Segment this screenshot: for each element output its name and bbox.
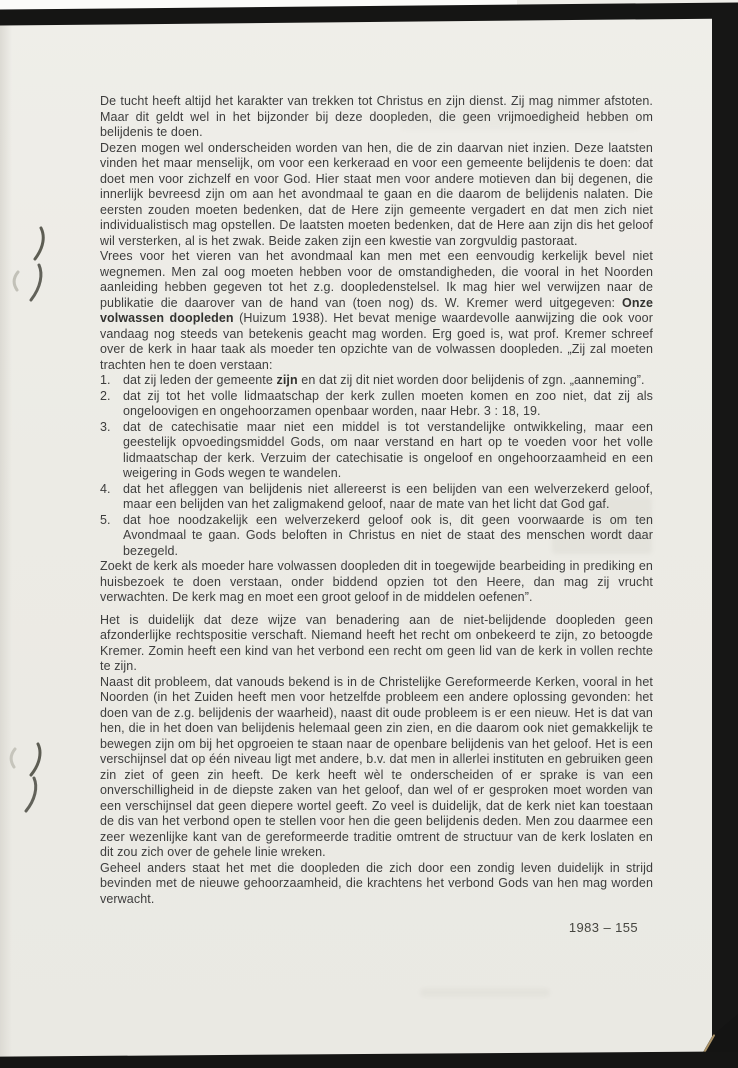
paragraph-1: De tucht heeft altijd het karakter van t… — [100, 94, 653, 141]
list-item-number: 2. — [100, 389, 111, 405]
list-item-text-part: dat zij leden der gemeente — [123, 373, 277, 387]
list-item: 2. dat zij tot het volle lidmaatschap de… — [100, 389, 653, 420]
binder-mark-faint-icon — [9, 270, 23, 292]
paragraph-4: Zoekt de kerk als moeder hare volwassen … — [100, 559, 653, 606]
list-item: 1. dat zij leden der gemeente zijn en da… — [100, 373, 653, 389]
list-item-number: 3. — [100, 420, 111, 436]
list-item-text: dat zij leden der gemeente zijn en dat z… — [123, 373, 645, 387]
binder-mark-icon — [22, 776, 42, 814]
paragraph-3-text: Vrees voor het vieren van het avondmaal … — [100, 249, 653, 310]
scan-edge-bottom — [0, 1051, 738, 1068]
list-item: 3. dat de catechisatie maar niet een mid… — [100, 420, 653, 482]
paragraph-7: Geheel anders staat het met die dooplede… — [100, 861, 653, 908]
binder-mark-icon — [26, 742, 46, 778]
list-item-text: dat zij tot het volle lidmaatschap der k… — [123, 389, 653, 419]
list-item-number: 1. — [100, 373, 111, 389]
numbered-list: 1. dat zij leden der gemeente zijn en da… — [100, 373, 653, 559]
list-item: 5. dat hoe noodzakelijk een welverzekerd… — [100, 513, 653, 560]
ink-bleed-artifact — [420, 988, 550, 997]
list-item-number: 4. — [100, 482, 111, 498]
list-item-text: dat het afleggen van belijdenis niet all… — [123, 482, 653, 512]
paragraph-3: Vrees voor het vieren van het avondmaal … — [100, 249, 653, 373]
list-item: 4. dat het afleggen van belijdenis niet … — [100, 482, 653, 513]
binder-mark-icon — [30, 226, 50, 262]
list-item-text: dat de catechisatie maar niet een middel… — [123, 420, 653, 481]
page-number: 1983 – 155 — [100, 920, 653, 936]
paragraph-6: Naast dit probleem, dat vanouds bekend i… — [100, 675, 653, 861]
paragraph-2: Dezen mogen wel onderscheiden worden van… — [100, 141, 653, 250]
list-item-number: 5. — [100, 513, 111, 529]
emphasis: zijn — [277, 373, 298, 387]
page-text-block: De tucht heeft altijd het karakter van t… — [100, 94, 653, 936]
binder-mark-faint-icon — [6, 747, 20, 769]
list-item-text-part: en dat zij dit niet worden door belijden… — [298, 373, 645, 387]
paragraph-5: Het is duidelijk dat deze wijze van bena… — [100, 613, 653, 675]
scan-left-edge-shading — [0, 0, 12, 1068]
scan-edge-right — [712, 10, 738, 1062]
list-item-text: dat hoe noodzakelijk een welverzekerd ge… — [123, 513, 653, 558]
binder-mark-icon — [27, 263, 47, 303]
scanned-paper: De tucht heeft altijd het karakter van t… — [0, 0, 738, 1068]
